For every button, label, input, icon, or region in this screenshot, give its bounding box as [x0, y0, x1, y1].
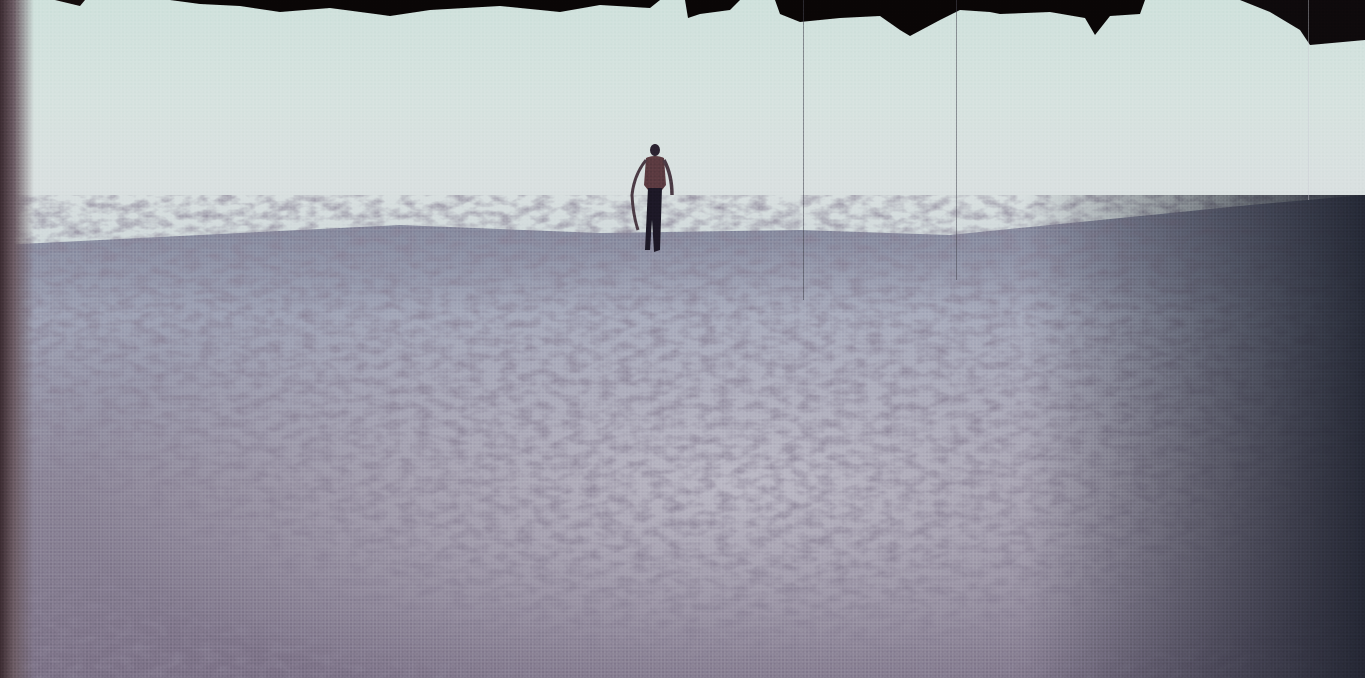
film-still: Grainy vintage film still of a lone shir…: [0, 0, 1365, 678]
film-grain: [0, 0, 1365, 678]
